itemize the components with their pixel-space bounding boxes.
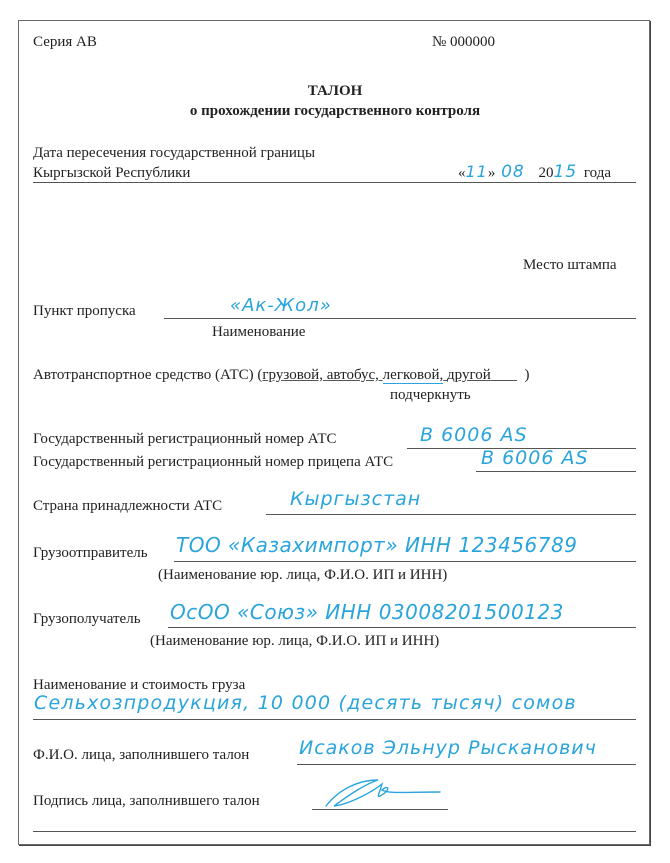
filler-name-label: Ф.И.О. лица, заполнившего талон bbox=[33, 746, 249, 764]
shipper-hint: (Наименование юр. лица, Ф.И.О. ИП и ИНН) bbox=[158, 566, 447, 584]
filler-name-line bbox=[297, 764, 636, 765]
vehicle-close-paren: ) bbox=[525, 367, 530, 383]
vehicle-hint: подчеркнуть bbox=[390, 386, 471, 404]
consignee-line bbox=[168, 627, 636, 628]
stamp-place-label: Место штампа bbox=[523, 256, 617, 274]
date-value[interactable]: «11» 08 2015 года bbox=[458, 163, 611, 182]
consignee-hint: (Наименование юр. лица, Ф.И.О. ИП и ИНН) bbox=[150, 632, 439, 650]
vehicle-type-field: Автотранспортное средство (АТС) (грузово… bbox=[33, 366, 530, 384]
reg-number-value[interactable]: В 6006 AS bbox=[420, 424, 528, 446]
reg-number-label: Государственный регистрационный номер АТ… bbox=[33, 430, 337, 448]
checkpoint-label: Пункт пропуска bbox=[33, 302, 136, 320]
form-number: № 000000 bbox=[432, 33, 495, 51]
checkpoint-value[interactable]: «Ак-Жол» bbox=[230, 295, 332, 316]
signature-label: Подпись лица, заполнившего талон bbox=[33, 792, 260, 810]
date-month: 08 bbox=[501, 162, 525, 182]
trailer-number-line bbox=[476, 471, 636, 472]
country-value[interactable]: Кыргызстан bbox=[290, 488, 421, 510]
trailer-number-value[interactable]: В 6006 AS bbox=[481, 447, 589, 469]
filler-name-value[interactable]: Исаков Эльнур Рысканович bbox=[299, 737, 597, 759]
country-line bbox=[266, 514, 636, 515]
series-label: Серия АВ bbox=[33, 33, 97, 51]
form-subtitle: о прохождении государственного контроля bbox=[0, 102, 670, 120]
trailer-number-label: Государственный регистрационный номер пр… bbox=[33, 453, 393, 471]
quote-open: « bbox=[458, 165, 466, 181]
form-title: ТАЛОН bbox=[0, 82, 670, 100]
vehicle-option-car-selected[interactable]: легковой, bbox=[383, 367, 444, 384]
signature-scribble-icon bbox=[320, 776, 450, 810]
checkpoint-hint: Наименование bbox=[212, 323, 305, 341]
date-underline bbox=[33, 182, 636, 183]
date-label-line1: Дата пересечения государственной границы bbox=[33, 144, 315, 162]
year-word: года bbox=[584, 165, 611, 181]
quote-close: » bbox=[488, 165, 496, 181]
vehicle-label: Автотранспортное средство (АТС) ( bbox=[33, 367, 262, 383]
cargo-value[interactable]: Сельхозпродукция, 10 000 (десять тысяч) … bbox=[34, 692, 577, 714]
consignee-label: Грузополучатель bbox=[33, 610, 141, 628]
shipper-label: Грузоотправитель bbox=[33, 544, 148, 562]
bottom-blank-line bbox=[33, 831, 636, 832]
year-prefix: 20 bbox=[539, 165, 554, 181]
shipper-line bbox=[174, 561, 636, 562]
consignee-value[interactable]: ОсОО «Союз» ИНН 03008201500123 bbox=[170, 600, 564, 624]
cargo-line bbox=[33, 719, 636, 720]
date-day: 11 bbox=[466, 162, 488, 181]
country-label: Страна принадлежности АТС bbox=[33, 497, 222, 515]
vehicle-option-other[interactable]: другой bbox=[447, 367, 491, 383]
year-suffix: 15 bbox=[554, 162, 578, 182]
checkpoint-line bbox=[164, 318, 636, 319]
vehicle-option-bus[interactable]: автобус, bbox=[327, 367, 379, 383]
vehicle-option-truck[interactable]: грузовой, bbox=[262, 367, 323, 383]
date-label-line2: Кыргызской Республики bbox=[33, 164, 190, 182]
shipper-value[interactable]: ТОО «Казахимпорт» ИНН 123456789 bbox=[176, 533, 577, 557]
